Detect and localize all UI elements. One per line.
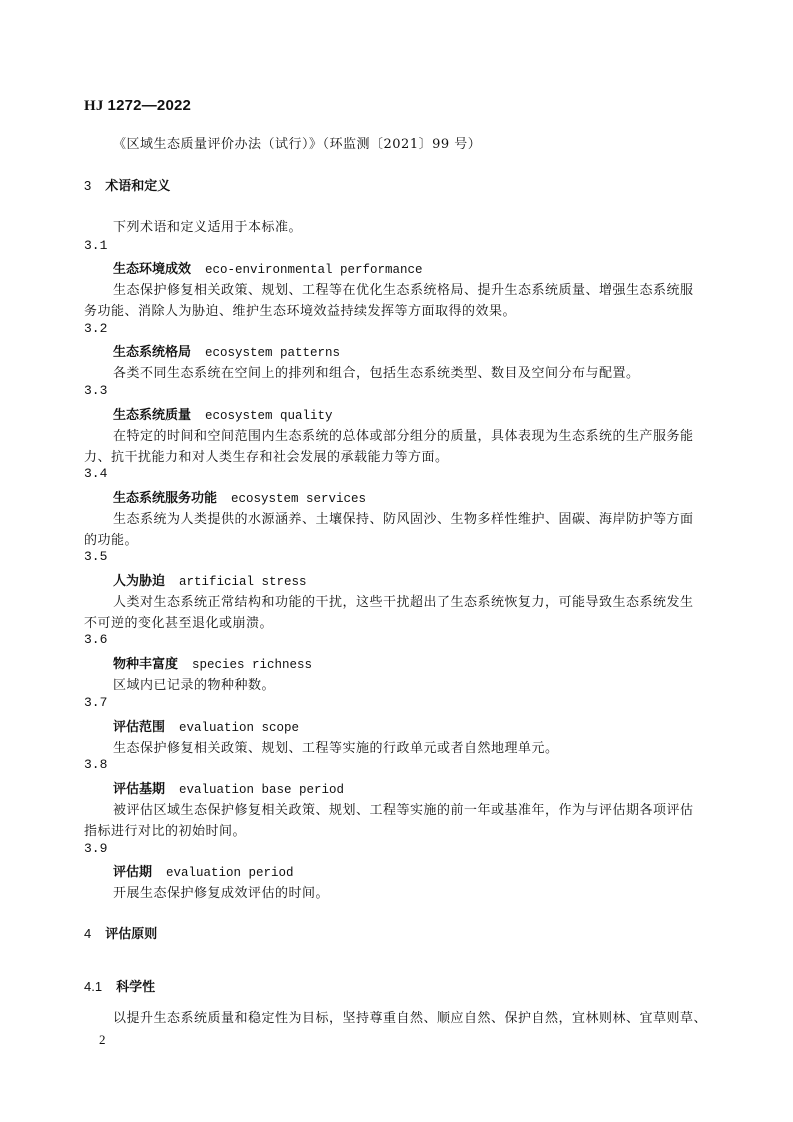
term-heading: 评估期evaluation period xyxy=(113,861,294,881)
term-definition: 指标进行对比的初始时间。 xyxy=(84,820,246,839)
page-number: 2 xyxy=(99,1032,106,1048)
term-definition: 不可逆的变化甚至退化或崩溃。 xyxy=(84,612,273,631)
term-heading: 人为胁迫artificial stress xyxy=(113,570,307,590)
term-definition: 人类对生态系统正常结构和功能的干扰，这些干扰超出了生态系统恢复力，可能导致生态系… xyxy=(113,591,694,610)
clause-number: 3.3 xyxy=(84,383,107,398)
term-definition: 在特定的时间和空间范围内生态系统的总体或部分组分的质量，具体表现为生态系统的生产… xyxy=(113,425,694,444)
standard-number: 1272—2022 xyxy=(108,97,192,114)
section-4-heading: 4 评估原则 xyxy=(84,923,157,943)
term-definition: 生态系统为人类提供的水源涵养、土壤保持、防风固沙、生物多样性维护、固碳、海岸防护… xyxy=(113,508,694,527)
document-page: HJ 1272—2022 《区域生态质量评价办法（试行）》（环监测〔2021〕9… xyxy=(0,0,793,1122)
section-4-1-text: 以提升生态系统质量和稳定性为目标，坚持尊重自然、顺应自然、保护自然，宜林则林、宜… xyxy=(113,1007,707,1026)
term-definition: 务功能、消除人为胁迫、维护生态环境效益持续发挥等方面取得的效果。 xyxy=(84,300,516,319)
term-definition: 各类不同生态系统在空间上的排列和组合，包括生态系统类型、数目及空间分布与配置。 xyxy=(113,362,640,381)
term-heading: 生态系统服务功能ecosystem services xyxy=(113,487,366,507)
section-4-1-heading: 4.1 科学性 xyxy=(84,976,155,996)
section-3-intro: 下列术语和定义适用于本标准。 xyxy=(113,216,302,235)
section-3-heading: 3 术语和定义 xyxy=(84,175,170,195)
term-heading: 生态系统格局ecosystem patterns xyxy=(113,341,340,361)
term-heading: 生态系统质量ecosystem quality xyxy=(113,404,333,424)
clause-number: 3.8 xyxy=(84,757,107,772)
term-heading: 生态环境成效eco-environmental performance xyxy=(113,258,423,278)
term-definition: 生态保护修复相关政策、规划、工程等实施的行政单元或者自然地理单元。 xyxy=(113,737,559,756)
term-heading: 物种丰富度species richness xyxy=(113,653,312,673)
term-heading: 评估范围evaluation scope xyxy=(113,716,299,736)
clause-number: 3.7 xyxy=(84,695,107,710)
clause-number: 3.4 xyxy=(84,466,107,481)
standard-prefix: HJ xyxy=(84,98,104,114)
clause-number: 3.5 xyxy=(84,549,107,564)
reference-line: 《区域生态质量评价办法（试行）》（环监测〔2021〕99 号） xyxy=(113,133,481,152)
standard-header: HJ 1272—2022 xyxy=(84,97,191,115)
term-heading: 评估基期evaluation base period xyxy=(113,778,344,798)
clause-number: 3.1 xyxy=(84,238,107,253)
clause-number: 3.2 xyxy=(84,321,107,336)
clause-number: 3.6 xyxy=(84,632,107,647)
term-definition: 的功能。 xyxy=(84,529,138,548)
term-definition: 力、抗干扰能力和对人类生存和社会发展的承载能力等方面。 xyxy=(84,446,449,465)
term-definition: 开展生态保护修复成效评估的时间。 xyxy=(113,882,329,901)
term-definition: 生态保护修复相关政策、规划、工程等在优化生态系统格局、提升生态系统质量、增强生态… xyxy=(113,279,694,298)
term-definition: 被评估区域生态保护修复相关政策、规划、工程等实施的前一年或基准年，作为与评估期各… xyxy=(113,799,694,818)
term-definition: 区域内已记录的物种种数。 xyxy=(113,674,275,693)
clause-number: 3.9 xyxy=(84,841,107,856)
